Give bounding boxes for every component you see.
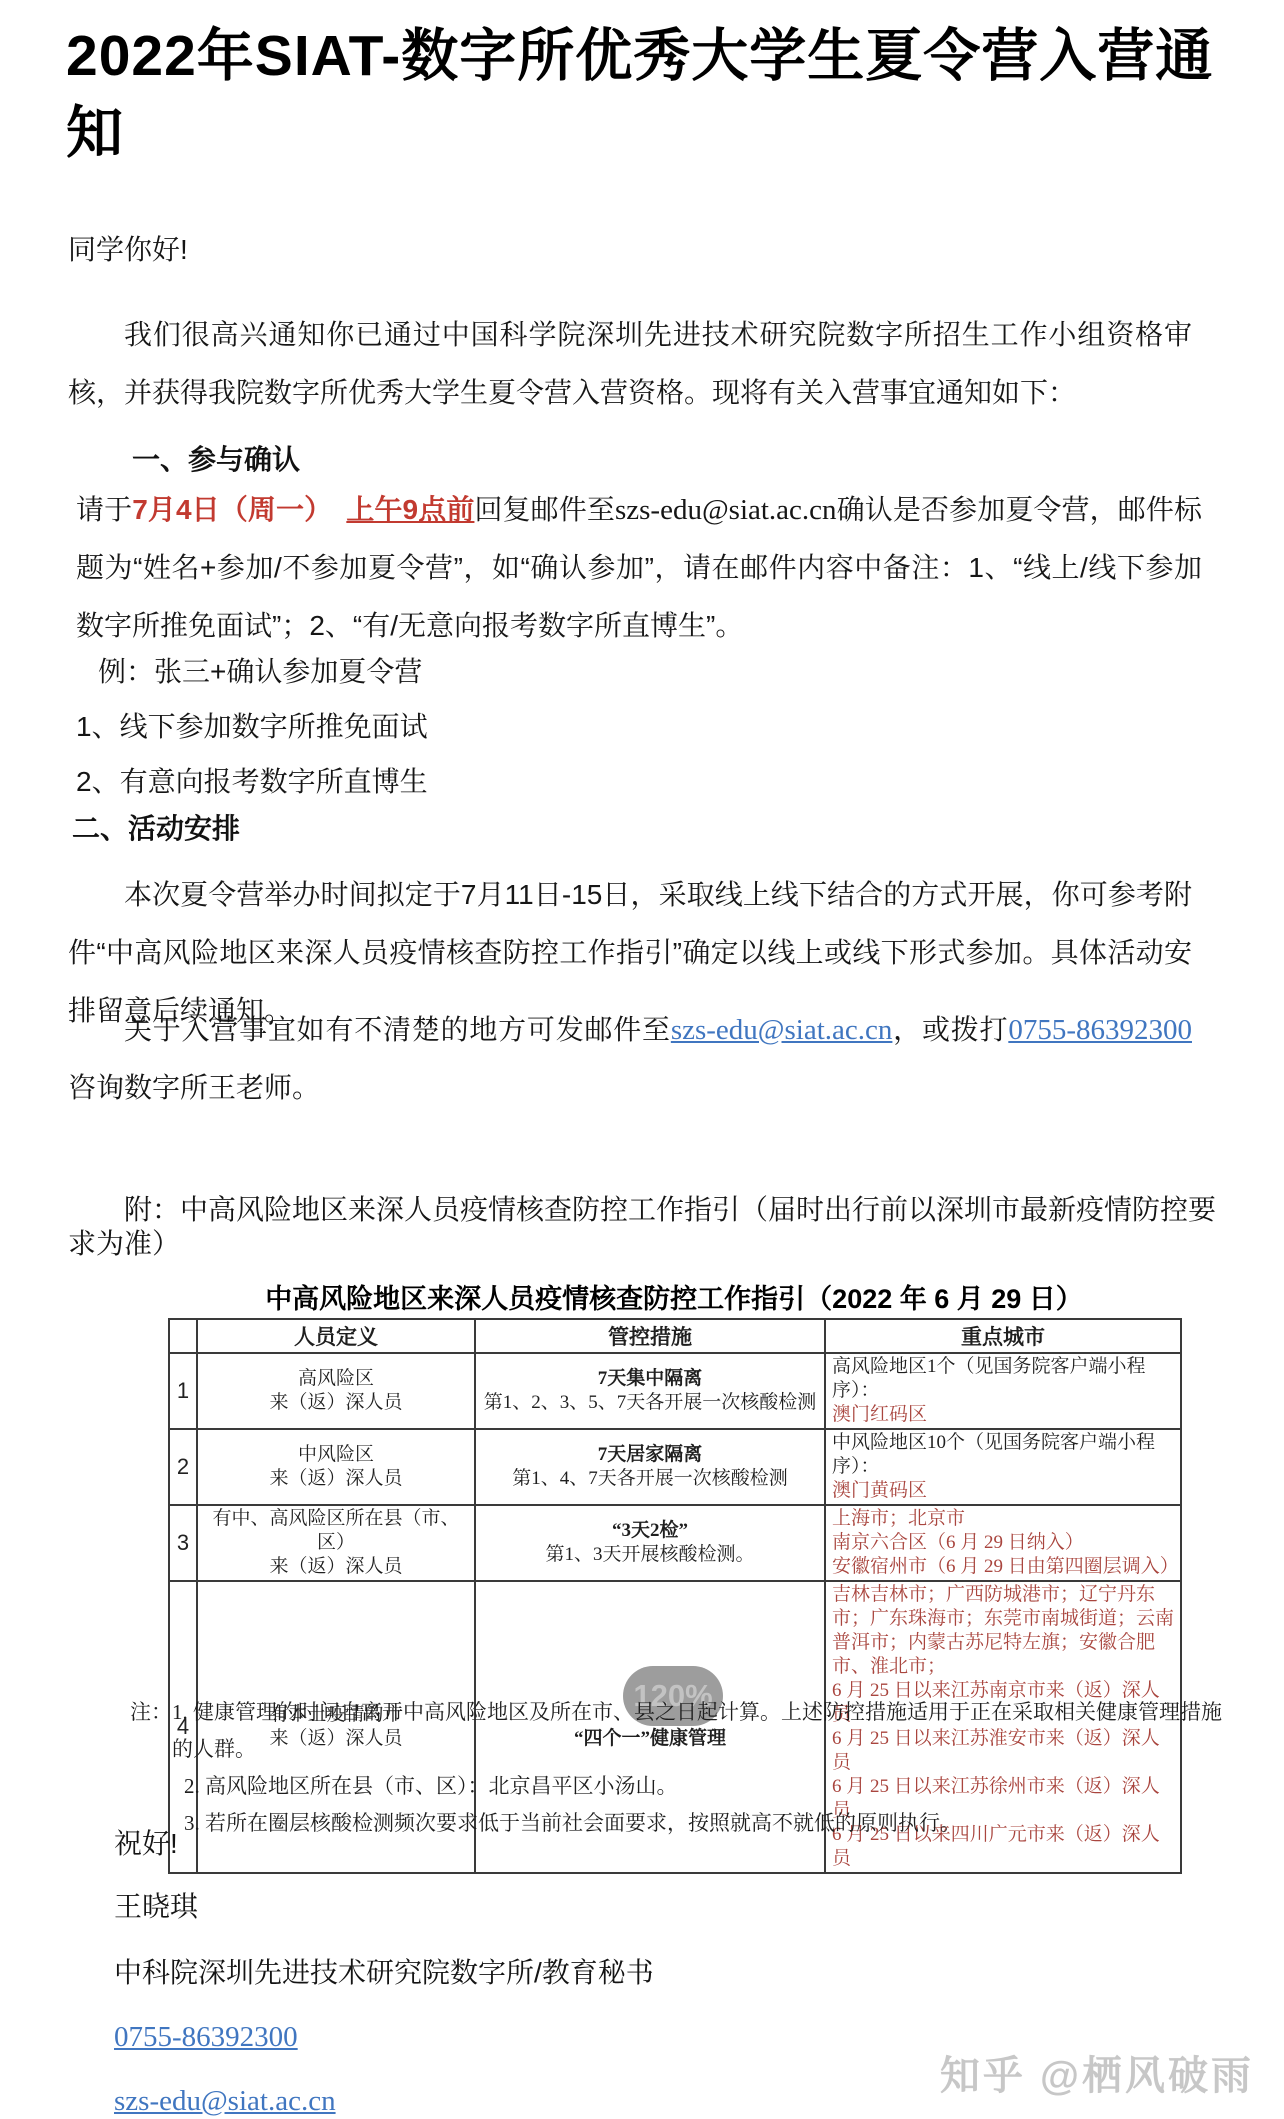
person-line: 来（返）深人员 <box>204 1467 468 1491</box>
measure-main: “3天2检” <box>482 1519 818 1543</box>
note-line-2: 2. 高风险地区所在县（市、区）：北京昌平区小汤山。 <box>130 1768 1240 1805</box>
city-cell: 高风险地区1个（见国务院客户端小程序）： 澳门红码区 <box>825 1353 1181 1429</box>
confirm-email-text: szs-edu@siat.ac.cn <box>615 494 837 526</box>
contact-mid: ，或拨打 <box>892 1014 1008 1045</box>
table-row: 2 中风险区 来（返）深人员 7天居家隔离 第1、4、7天各开展一次核酸检测 中… <box>169 1429 1181 1505</box>
city-cell: 上海市；北京市 南京六合区（6 月 29 日纳入） 安徽宿州市（6 月 29 日… <box>825 1505 1181 1581</box>
measure-detail: 第1、2、3、5、7天各开展一次核酸检测 <box>482 1391 818 1415</box>
confirm-paragraph: 请于7月4日（周一） 上午9点前回复邮件至szs-edu@siat.ac.cn确… <box>76 481 1202 655</box>
section-heading-schedule: 二、活动安排 <box>72 812 240 846</box>
header-measure: 管控措施 <box>475 1319 825 1353</box>
list-item-1: 1、线下参加数字所推免面试 <box>76 711 428 743</box>
example-line: 例：张三+确认参加夏令营 <box>98 656 422 688</box>
signature-email-link[interactable]: szs-edu@siat.ac.cn <box>114 2085 336 2117</box>
signature-wish: 祝好! <box>114 1828 178 1860</box>
signature-phone: 0755-86392300 <box>114 2021 298 2053</box>
note-label: 注： <box>130 1694 172 1768</box>
city-line: 高风险地区1个（见国务院客户端小程序）： <box>832 1355 1174 1403</box>
deadline-date: 7月4日（周一） <box>132 494 346 525</box>
row-num: 1 <box>169 1353 197 1429</box>
contact-post: 咨询数字所王老师。 <box>68 1072 320 1103</box>
measure-detail: 第1、4、7天各开展一次核酸检测 <box>482 1467 818 1491</box>
person-cell: 中风险区 来（返）深人员 <box>197 1429 475 1505</box>
table-row: 3 有中、高风险区所在县（市、区） 来（返）深人员 “3天2检” 第1、3天开展… <box>169 1505 1181 1581</box>
table-row: 1 高风险区 来（返）深人员 7天集中隔离 第1、2、3、5、7天各开展一次核酸… <box>169 1353 1181 1429</box>
header-person: 人员定义 <box>197 1319 475 1353</box>
row-num: 2 <box>169 1429 197 1505</box>
deadline-time: 上午9点前 <box>346 494 474 525</box>
attachment-line: 附：中高风险地区来深人员疫情核查防控工作指引（届时出行前以深圳市最新疫情防控要求… <box>68 1193 1218 1261</box>
measure-cell: 7天居家隔离 第1、4、7天各开展一次核酸检测 <box>475 1429 825 1505</box>
contact-phone-link[interactable]: 0755-86392300 <box>1008 1014 1192 1046</box>
measure-main: 7天集中隔离 <box>482 1367 818 1391</box>
intro-paragraph: 我们很高兴通知你已通过中国科学院深圳先进技术研究院数字所招生工作小组资格审核，并… <box>68 306 1192 422</box>
signature-name: 王晓琪 <box>114 1891 198 1923</box>
measure-detail: 第1、3天开展核酸检测。 <box>482 1543 818 1567</box>
section-heading-participation: 一、参与确认 <box>132 443 300 477</box>
city-line: 中风险地区10个（见国务院客户端小程序）： <box>832 1431 1174 1479</box>
city-line-red: 南京六合区（6 月 29 日纳入） <box>832 1531 1174 1555</box>
signature-phone-link[interactable]: 0755-86392300 <box>114 2021 298 2053</box>
city-line-red: 澳门黄码区 <box>832 1479 1174 1503</box>
city-line-red: 澳门红码区 <box>832 1403 1174 1427</box>
zhihu-watermark: 知乎 @栖风破雨 <box>940 2044 1254 2101</box>
row-num: 3 <box>169 1505 197 1581</box>
table-header-row: 人员定义 管控措施 重点城市 <box>169 1319 1181 1353</box>
city-line-red: 上海市；北京市 <box>832 1507 1174 1531</box>
greeting-line: 同学你好! <box>68 233 188 267</box>
confirm-mid: 回复邮件至 <box>474 494 615 525</box>
person-line: 有中、高风险区所在县（市、区） <box>204 1507 468 1555</box>
person-line: 高风险区 <box>204 1367 468 1391</box>
contact-paragraph: 关于入营事宜如有不清楚的地方可发邮件至szs-edu@siat.ac.cn，或拨… <box>68 1001 1192 1117</box>
page-title: 2022年SIAT-数字所优秀大学生夏令营入营通知 <box>66 18 1226 172</box>
contact-email-link[interactable]: szs-edu@siat.ac.cn <box>671 1014 893 1046</box>
header-city: 重点城市 <box>825 1319 1181 1353</box>
measure-cell: 7天集中隔离 第1、2、3、5、7天各开展一次核酸检测 <box>475 1353 825 1429</box>
city-cell: 中风险地区10个（见国务院客户端小程序）： 澳门黄码区 <box>825 1429 1181 1505</box>
list-item-2: 2、有意向报考数字所直博生 <box>76 766 428 798</box>
table-title: 中高风险地区来深人员疫情核查防控工作指引（2022 年 6 月 29 日） <box>168 1284 1180 1314</box>
signature-email: szs-edu@siat.ac.cn <box>114 2085 336 2117</box>
city-line-red: 吉林吉林市；广西防城港市；辽宁丹东市；广东珠海市；东莞市南城街道；云南普洱市；内… <box>832 1583 1174 1679</box>
person-line: 中风险区 <box>204 1443 468 1467</box>
person-line: 来（返）深人员 <box>204 1555 468 1579</box>
measure-main: “四个一”健康管理 <box>482 1727 818 1751</box>
person-line: 来（返）深人员 <box>204 1391 468 1415</box>
document-page: 2022年SIAT-数字所优秀大学生夏令营入营通知 同学你好! 我们很高兴通知你… <box>0 0 1284 2119</box>
measure-cell: “3天2检” 第1、3天开展核酸检测。 <box>475 1505 825 1581</box>
confirm-pre: 请于 <box>76 494 132 525</box>
contact-pre: 关于入营事宜如有不清楚的地方可发邮件至 <box>124 1014 671 1045</box>
person-cell: 有中、高风险区所在县（市、区） 来（返）深人员 <box>197 1505 475 1581</box>
person-cell: 高风险区 来（返）深人员 <box>197 1353 475 1429</box>
city-line-red: 安徽宿州市（6 月 29 日由第四圈层调入） <box>832 1555 1174 1579</box>
note-line-3: 3. 若所在圈层核酸检测频次要求低于当前社会面要求，按照就高不就低的原则执行。 <box>130 1805 1240 1842</box>
signature-org: 中科院深圳先进技术研究院数字所/教育秘书 <box>114 1957 654 1989</box>
table-notes: 注： 1. 健康管理的时间自离开中高风险地区及所在市、县之日起计算。上述防控措施… <box>130 1694 1240 1842</box>
measure-main: 7天居家隔离 <box>482 1443 818 1467</box>
header-empty <box>169 1319 197 1353</box>
